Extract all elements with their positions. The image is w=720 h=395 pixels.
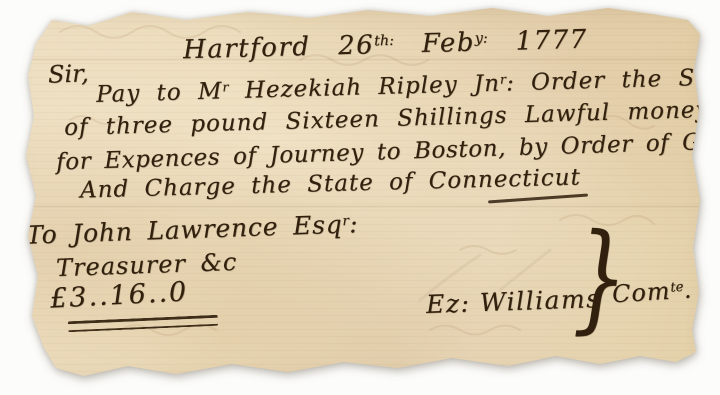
text-run: Hezekiah Ripley Jn xyxy=(228,71,500,105)
text-run: : Order the Sum xyxy=(506,64,720,96)
superscript-run: te xyxy=(670,280,684,296)
text-run: Hartford 26 xyxy=(183,30,375,65)
signature-brace: } xyxy=(572,212,628,343)
dateline: Hartford 26th: Feby: 1777 xyxy=(183,25,588,66)
amount-double-underline xyxy=(68,315,218,333)
text-run: 1777 xyxy=(487,25,588,58)
paper-shadow-wrap: Hartford 26th: Feby: 1777 Sir, Pay to Mr… xyxy=(0,0,720,395)
superscript-run: th: xyxy=(374,33,394,50)
text-run: Com xyxy=(611,277,671,309)
pen-flourish xyxy=(488,194,588,203)
salutation: Sir, xyxy=(48,59,90,88)
signature-title: Comte. xyxy=(611,276,693,309)
document-photo: Hartford 26th: Feby: 1777 Sir, Pay to Mr… xyxy=(0,0,720,395)
superscript-run: y: xyxy=(475,30,488,46)
manuscript-paper: Hartford 26th: Feby: 1777 Sir, Pay to Mr… xyxy=(0,0,720,395)
text-run: To John Lawrence Esq xyxy=(26,210,343,250)
text-run: : xyxy=(349,209,359,238)
text-run: Pay to M xyxy=(96,78,223,108)
addressee-title: Treasurer &c xyxy=(56,248,238,282)
amount-total: £3..16..0 xyxy=(49,276,189,314)
addressee-line: To John Lawrence Esqr: xyxy=(26,209,359,250)
text-run: . xyxy=(683,276,693,304)
text-run: Feb xyxy=(394,28,476,60)
